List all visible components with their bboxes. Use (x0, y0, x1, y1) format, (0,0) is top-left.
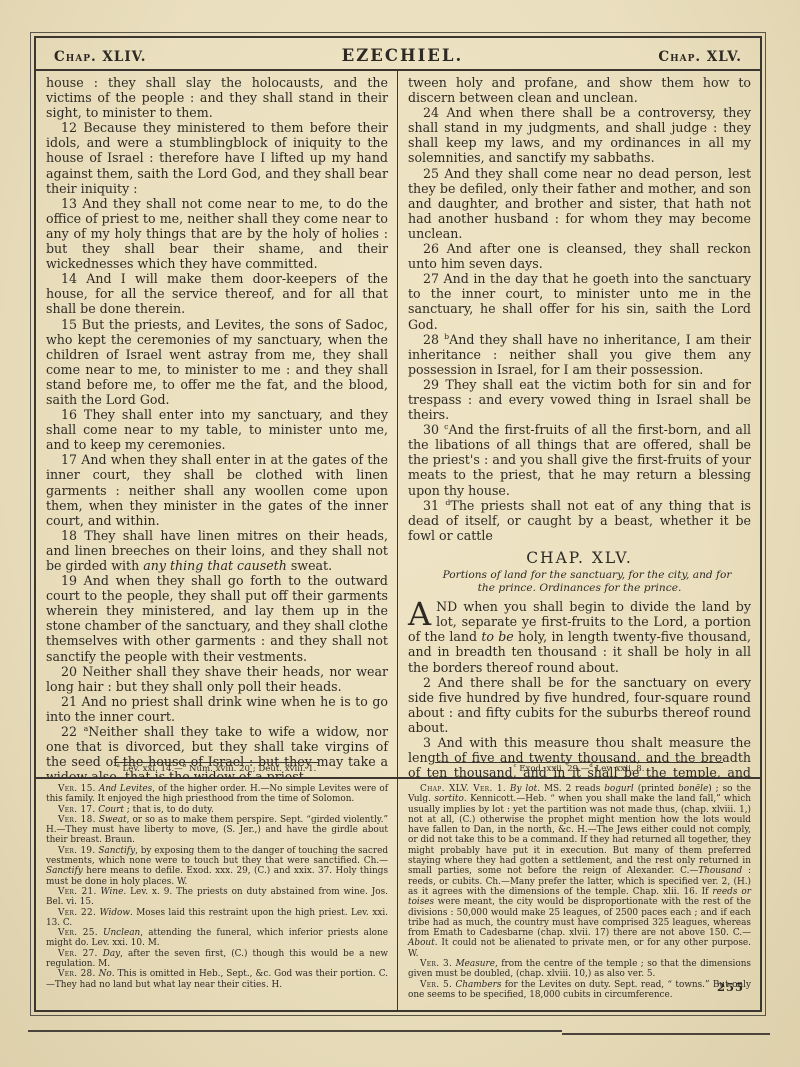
verse-paragraph: 17 And when they shall enter in at the g… (46, 452, 388, 527)
footnote: Ver. 27. Day, after the seven first, (C.… (46, 949, 388, 970)
footnote-refs: a Lev. xxi. 14.—b Num. xviii. 20 ; Deut.… (46, 764, 387, 774)
scanned-page: Chap. XLIV. EZECHIEL. Chap. XLV. house :… (0, 0, 800, 1067)
verse-paragraph: 30 cAnd the first-fruits of all the firs… (408, 422, 751, 497)
verse-paragraph: tween holy and profane, and show them ho… (408, 75, 751, 105)
footnote: Ver. 17. Court ; that is, to do duty. (46, 805, 388, 815)
footnotes-region: Ver. 15. And Levites, of the higher orde… (36, 779, 760, 1010)
verse-paragraph: 15 But the priests, and Levites, the son… (46, 317, 388, 408)
verse-paragraph: 29 They shall eat the victim both for si… (408, 377, 751, 422)
footnote: Ver. 25. Unclean, attending the funeral,… (46, 928, 388, 949)
footnote: Ver. 5. Chambers for the Levites on duty… (408, 980, 751, 1001)
verse-paragraph: 27 And in the day that he goeth into the… (408, 271, 751, 331)
below-frame-line-left (28, 1030, 562, 1032)
page-number: 255 (717, 980, 744, 994)
footnote: Chap. XLV. Ver. 1. By lot. MS. 2 reads b… (408, 784, 751, 959)
footnote: Ver. 18. Sweat, or so as to make them pe… (46, 815, 388, 846)
footnote-refs: c Exod. xxii. 29.—d Lev. xxii. 8. (408, 764, 750, 774)
footnotes-right-column: Chap. XLV. Ver. 1. By lot. MS. 2 reads b… (398, 779, 760, 1010)
footnote: Ver. 22. Widow. Moses laid this restrain… (46, 908, 388, 929)
footnotes-left-column: Ver. 15. And Levites, of the higher orde… (36, 779, 398, 1010)
verse-paragraph: 28 bAnd they shall have no inheritance, … (408, 332, 751, 377)
verse-paragraph: 24 And when there shall be a controversy… (408, 105, 751, 165)
chapter-45-heading: CHAP. XLV. (408, 551, 751, 566)
header-chapter-left: Chap. XLIV. (54, 49, 147, 65)
chapter-45-argument: Portions of land for the sanctuary, for … (426, 569, 733, 594)
footnote: Ver. 3. Measure, from the centre of the … (408, 959, 751, 980)
right-column-verses-ch45: AND when you shall begin to divide the l… (408, 599, 751, 777)
dropcap-letter: A (408, 599, 436, 627)
verse-paragraph: 26 And after one is cleansed, they shall… (408, 241, 751, 271)
verse-paragraph: 14 And I will make them door-keepers of … (46, 271, 388, 316)
header-chapter-right: Chap. XLV. (658, 49, 742, 65)
verse-paragraph: 18 They shall have linen mitres on their… (46, 528, 388, 573)
left-footnote-refs: a Lev. xxi. 14.—b Num. xviii. 20 ; Deut.… (46, 762, 387, 774)
left-refs-rule (114, 762, 319, 763)
verse-paragraph: 31 dThe priests shall not eat of any thi… (408, 498, 751, 543)
header-book-title: EZECHIEL. (342, 46, 464, 65)
verse-paragraph: 19 And when they shall go forth to the o… (46, 573, 388, 664)
verse-paragraph: 16 They shall enter into my sanctuary, a… (46, 407, 388, 452)
left-column-verses: house : they shall slay the holocausts, … (46, 75, 388, 777)
below-frame-line-right (562, 1033, 770, 1035)
verse-paragraph: 20 Neither shall they shave their heads,… (46, 664, 388, 694)
verse-paragraph: house : they shall slay the holocausts, … (46, 75, 388, 120)
left-text-column: house : they shall slay the holocausts, … (36, 71, 398, 777)
running-header: Chap. XLIV. EZECHIEL. Chap. XLV. (36, 38, 760, 69)
footnote: Ver. 19. Sanctify, by exposing them to t… (46, 846, 388, 887)
right-column-verses-ch44: tween holy and profane, and show them ho… (408, 75, 751, 543)
page-frame: Chap. XLIV. EZECHIEL. Chap. XLV. house :… (30, 32, 766, 1016)
verse-paragraph: AND when you shall begin to divide the l… (408, 599, 751, 674)
footnote: Ver. 21. Wine. Lev. x. 9. The priests on… (46, 887, 388, 908)
footnote: Ver. 28. No. This is omitted in Heb., Se… (46, 969, 388, 990)
verse-paragraph: 21 And no priest shall drink wine when h… (46, 694, 388, 724)
right-footnote-refs: c Exod. xxii. 29.—d Lev. xxii. 8. (408, 762, 750, 774)
verse-paragraph: 25 And they shall come near no dead pers… (408, 166, 751, 241)
page-frame-inner: Chap. XLIV. EZECHIEL. Chap. XLV. house :… (34, 36, 762, 1012)
verse-paragraph: 12 Because they ministered to them befor… (46, 120, 388, 195)
main-text-region: house : they shall slay the holocausts, … (36, 71, 760, 777)
right-refs-rule (435, 762, 722, 763)
verse-paragraph: 2 And there shall be for the sanctuary o… (408, 675, 751, 735)
footnote: Ver. 15. And Levites, of the higher orde… (46, 784, 388, 805)
verse-paragraph: 13 And they shall not come near to me, t… (46, 196, 388, 271)
right-text-column: tween holy and profane, and show them ho… (398, 71, 760, 777)
